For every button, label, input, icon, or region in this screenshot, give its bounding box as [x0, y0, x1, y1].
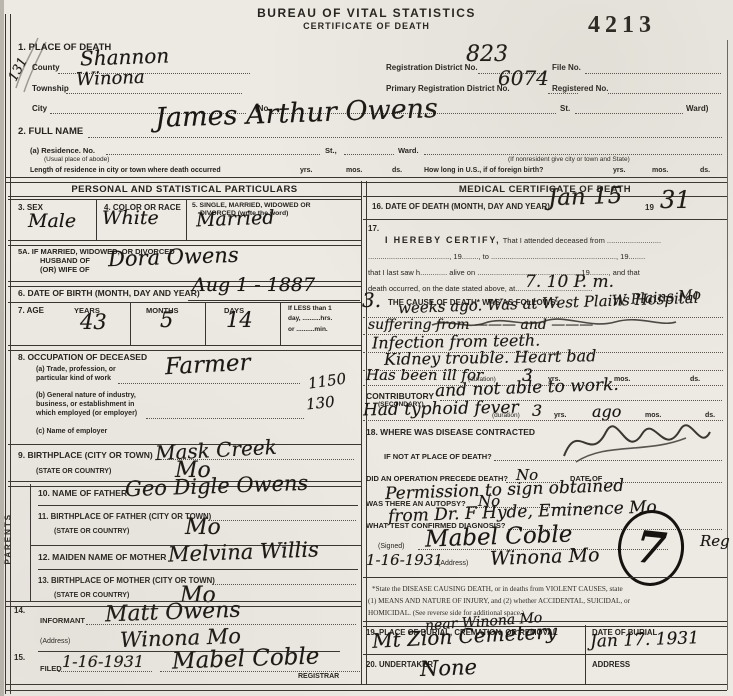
frame-left-inner	[10, 14, 11, 694]
mother-name-label: 12. MAIDEN NAME OF MOTHER	[38, 552, 166, 562]
township-label: Township	[32, 84, 69, 93]
color-marital-divider	[186, 199, 187, 241]
registration-district-label: Registration District No.	[386, 63, 478, 72]
ds-label-1: ds.	[392, 167, 402, 174]
burial-date-divider	[585, 625, 586, 685]
father-state-label: (STATE OR COUNTRY)	[54, 528, 129, 535]
frame-bottom-2	[5, 690, 727, 691]
footnote-line-1: *State the DISEASE CAUSING DEATH, or in …	[372, 585, 623, 593]
full-name-line	[88, 136, 722, 138]
st-line	[575, 112, 683, 114]
duration-label-2: (duration)	[492, 412, 520, 419]
nonresident-note: (If nonresident give city or town and St…	[508, 156, 630, 163]
registered-line	[608, 92, 721, 94]
occupation-b-label-2: business, or establishment in	[36, 401, 134, 408]
age-divider-3	[280, 303, 281, 345]
color-race-value: White	[102, 207, 159, 229]
typhoid-duration-value: 3	[532, 401, 542, 420]
where-contracted-label: 18. WHERE WAS DISEASE CONTRACTED	[366, 427, 535, 437]
registered-no-label: Registered No.	[552, 84, 608, 93]
birthplace-value: Mask Creek	[154, 435, 277, 465]
birthplace-state-label: (STATE OR COUNTRY)	[36, 468, 111, 475]
registrar-label: REGISTRAR	[298, 673, 339, 680]
row-divider-7	[8, 302, 361, 303]
illegible-scribble	[556, 412, 716, 470]
parents-label: PARENTS	[4, 517, 13, 565]
footnote-rule	[363, 577, 727, 578]
mother-name-value: Melvina Willis	[168, 537, 320, 566]
birthplace-label: 9. BIRTHPLACE (CITY OR TOWN)	[18, 450, 153, 460]
personal-title-rule-2	[8, 199, 361, 200]
age-less-note-2: day, ..........hrs.	[288, 315, 332, 322]
certify-line-1: I HEREBY CERTIFY, That I attended deceas…	[385, 235, 723, 245]
father-birthplace-value: Mo	[185, 515, 221, 540]
city-label: City	[32, 104, 47, 113]
duration-ds-label: ds.	[690, 376, 700, 383]
cause-line-1: weeks ago. Was at West Plains Hospital	[398, 289, 699, 317]
frame-left-outer	[5, 14, 6, 694]
yrs-label-1: yrs.	[300, 167, 312, 174]
township-value: Winona	[76, 67, 145, 90]
mos-label-2: mos.	[652, 167, 668, 174]
circled-number-value: 7	[633, 521, 669, 575]
wife-of-label: (OR) WIFE OF	[40, 265, 90, 274]
age-years-value: 43	[80, 310, 107, 334]
ds-label-2: ds.	[700, 167, 710, 174]
death-certificate: BUREAU OF VITAL STATISTICS CERTIFICATE O…	[0, 0, 733, 696]
full-name-label: 2. FULL NAME	[18, 126, 83, 137]
residence-label: (a) Residence. No.	[30, 146, 95, 155]
residence-ward-label: Ward.	[398, 146, 419, 155]
signed-label: (Signed)	[378, 543, 404, 550]
signed-date-value: 1-16-1931	[366, 551, 443, 569]
spouse-value: Dora Owens	[108, 243, 239, 272]
time-of-death-value: 7. 10 P. m.	[525, 272, 614, 292]
age-divider-2	[205, 303, 206, 345]
occupation-b-line	[146, 417, 304, 419]
length-residence-label: Length of residence in city or town wher…	[30, 167, 221, 174]
residence-st-line	[344, 153, 394, 155]
row-divider-8	[8, 345, 361, 351]
marital-value: Married	[196, 207, 275, 232]
age-less-note-1: If LESS than 1	[288, 305, 332, 312]
registration-district-value: 823	[466, 42, 508, 67]
undertaker-rule	[363, 654, 727, 655]
father-name-label: 10. NAME OF FATHER	[38, 488, 127, 498]
dod-value: Jan 15	[548, 183, 623, 212]
residence-st-label: St.,	[325, 146, 337, 155]
township-line	[66, 92, 242, 94]
abode-note: (Usual place of abode)	[44, 156, 109, 163]
dod-year-value: 31	[660, 186, 691, 214]
mother-name-line	[38, 569, 358, 570]
occupation-a-label-2: particular kind of work	[36, 375, 111, 382]
sex-value: Male	[28, 210, 76, 232]
footnote-line-2: (1) MEANS AND NATURE OF INJURY, and (2) …	[368, 597, 630, 605]
parents-strip-divider	[30, 484, 31, 602]
filed-line-2	[160, 670, 360, 672]
signed-address-value: Winona Mo	[490, 544, 600, 570]
scribble-strikeout	[430, 316, 680, 332]
occupation-b-label-1: (b) General nature of industry,	[36, 392, 136, 399]
file-no-label: File No.	[552, 63, 581, 72]
margin-number-2: 130	[305, 393, 335, 414]
informant-address-label: (Address)	[40, 638, 70, 645]
age-months-value: 5	[160, 308, 173, 332]
primary-registration-label: Primary Registration District No.	[386, 84, 510, 93]
burial-date-value: Jan 17. 1931	[590, 628, 700, 652]
dob-line	[188, 300, 360, 301]
age-days-value: 14	[226, 308, 253, 332]
occupation-b-label-3: which employed (or employer)	[36, 410, 137, 417]
informant-label: INFORMANT	[40, 616, 85, 625]
husband-of-label: HUSBAND OF	[40, 256, 90, 265]
filed-number: 15.	[14, 653, 25, 662]
primary-registration-value: 6074	[498, 66, 549, 90]
filed-date-value: 1-16-1931	[62, 652, 144, 671]
item-17-number: 17.	[368, 224, 379, 233]
yrs-label-2: yrs.	[613, 167, 625, 174]
scan-edge	[0, 0, 4, 696]
informant-value: Matt Owens	[105, 598, 241, 628]
mother-birthplace-line	[212, 583, 356, 585]
dod-label: 16. DATE OF DEATH (MONTH, DAY AND YEAR)	[372, 202, 550, 211]
if-not-label: IF NOT AT PLACE OF DEATH?	[384, 452, 492, 461]
undertaker-address-label: ADDRESS	[592, 660, 630, 669]
occupation-a-line	[118, 382, 300, 384]
dob-value: Aug 1 - 1887	[192, 274, 315, 296]
age-label: 7. AGE	[18, 306, 44, 315]
occupation-label: 8. OCCUPATION OF DECEASED	[18, 352, 147, 362]
frame-bottom-1	[5, 684, 727, 685]
signed-address-label: (Address)	[438, 560, 468, 567]
residence-line	[106, 153, 320, 155]
sex-color-divider	[96, 199, 97, 241]
certify-bold: I HEREBY CERTIFY,	[385, 235, 500, 245]
occupation-a-label-1: (a) Trade, profession, or	[36, 366, 116, 373]
signed-suffix: Reg	[700, 532, 730, 550]
occupation-c-label: (c) Name of employer	[36, 428, 107, 435]
cause-prefix: 3.	[362, 288, 381, 312]
father-name-value: Geo Digle Owens	[125, 471, 309, 501]
filed-line-1	[58, 670, 152, 672]
dod-rule	[363, 219, 727, 220]
certify-rest: That I attended deceased from ..........…	[503, 236, 661, 245]
undertaker-value: None	[420, 655, 478, 681]
certificate-number: 4213	[588, 12, 656, 39]
county-label: County	[32, 63, 60, 72]
how-long-us-label: How long in U.S., if of foreign birth?	[424, 167, 543, 174]
frame-right	[727, 40, 728, 690]
age-less-note-3: or ..........min.	[288, 326, 328, 333]
margin-number-1: 1150	[307, 369, 347, 392]
if-not-line	[494, 459, 722, 461]
personal-title: PERSONAL AND STATISTICAL PARTICULARS	[8, 184, 361, 195]
file-no-line	[585, 72, 721, 74]
dob-label: 6. DATE OF BIRTH (MONTH, DAY AND YEAR)	[18, 288, 200, 298]
full-name-value: James Arthur Owens	[155, 93, 439, 134]
age-divider-1	[130, 303, 131, 345]
father-name-line	[38, 505, 358, 506]
personal-title-rule-1	[8, 196, 361, 197]
ward-label: Ward)	[686, 104, 708, 113]
occupation-value: Farmer	[164, 350, 251, 380]
dod-year-printed: 19	[645, 203, 654, 212]
residence-ward-line	[424, 153, 722, 155]
certify-line-2: .......................................,…	[368, 252, 723, 261]
father-birthplace-line	[208, 519, 356, 521]
mos-label-1: mos.	[346, 167, 362, 174]
mother-state-label: (STATE OR COUNTRY)	[54, 592, 129, 599]
st-label: St.	[560, 104, 570, 113]
informant-number: 14.	[14, 606, 25, 615]
